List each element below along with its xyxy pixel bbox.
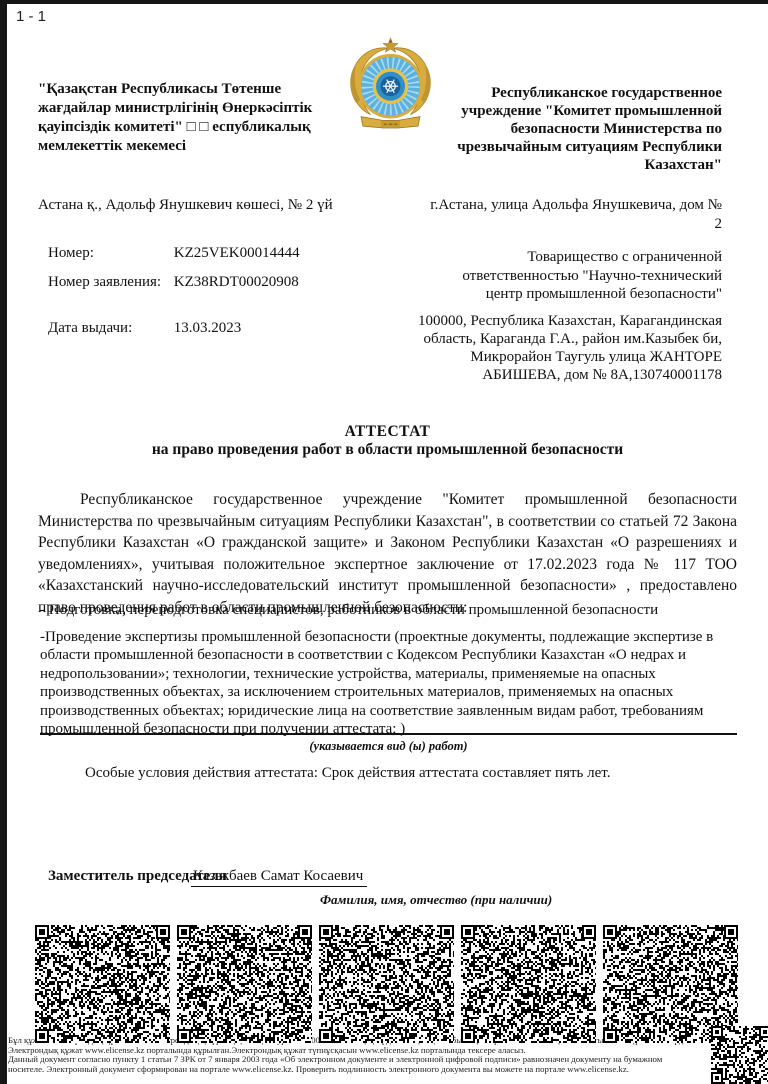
recipient-name: Товарищество с ограниченной ответственно… [422, 248, 722, 304]
document-title: АТТЕСТАТ [7, 423, 768, 441]
document-subtitle: на право проведения работ в области пром… [7, 441, 768, 459]
page-number-label: 1 - 1 [16, 8, 46, 25]
work-type-caption: (указывается вид (ы) работ) [40, 739, 737, 754]
application-number-label: Номер заявления: [48, 274, 170, 291]
work-item: -Проведение экспертизы промышленной безо… [40, 628, 728, 738]
application-number-value: KZ38RDT00020908 [174, 274, 299, 290]
certificate-number-label: Номер: [48, 245, 170, 262]
certificate-number-value: KZ25VEK00014444 [174, 245, 300, 261]
qr-code [177, 925, 312, 1043]
issuer-address-kazakh: Астана қ., Адольф Янушкевич көшесі, № 2 … [38, 196, 334, 215]
qr-code-small [711, 1026, 768, 1084]
legal-footer-line: носителе. Электронный документ сформиров… [8, 1065, 748, 1075]
recipient-address: 100000, Республика Казахстан, Карагандин… [415, 312, 722, 384]
signatory-name: Казакбаев Самат Косаевич [191, 868, 367, 887]
issue-date-value: 13.03.2023 [174, 320, 242, 336]
work-item: - Подготовка, переподготовка специалисто… [40, 601, 740, 619]
issue-date-row: Дата выдачи: 13.03.2023 [48, 320, 408, 337]
signatory-name-caption: Фамилия, имя, отчество (при наличии) [320, 892, 552, 908]
issuer-name-kazakh: "Қазақстан Республикасы Төтенше жағдайла… [38, 80, 336, 156]
special-conditions: Особые условия действия аттестата: Срок … [85, 765, 735, 782]
issuer-address-russian: г.Астана, улица Адольфа Янушкевича, дом … [422, 196, 722, 234]
qr-code [35, 925, 170, 1043]
application-number-row: Номер заявления: KZ38RDT00020908 [48, 274, 408, 291]
qr-code [461, 925, 596, 1043]
document-page: 1 - 1 [7, 4, 768, 1084]
certificate-number-row: Номер: KZ25VEK00014444 [48, 245, 408, 262]
issue-date-label: Дата выдачи: [48, 320, 170, 337]
work-type-underline [40, 733, 737, 735]
certificate-body-paragraph: Республиканское государственное учрежден… [38, 489, 737, 618]
issuer-name-russian: Республиканское государственное учрежден… [422, 84, 722, 174]
qr-code [319, 925, 454, 1043]
